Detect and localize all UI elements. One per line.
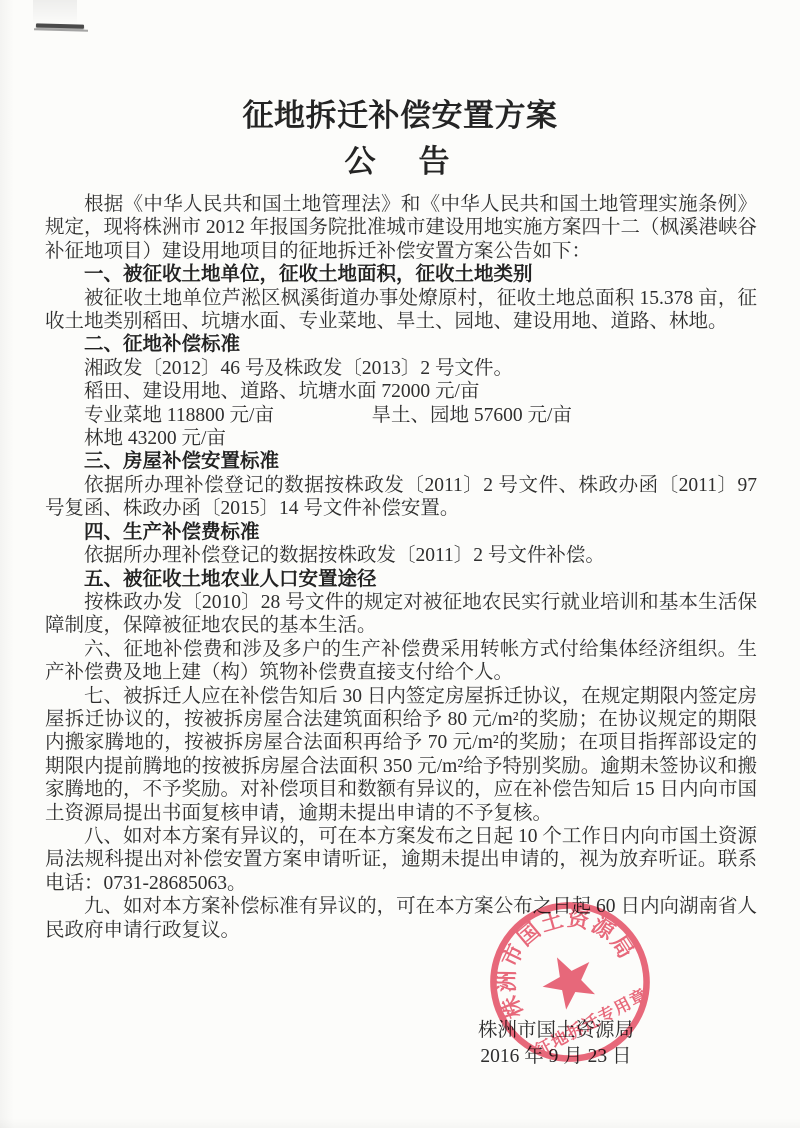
signature-block: 株洲市国土资源局 2016 年 9 月 23 日 — [478, 1018, 634, 1070]
signature-date: 2016 年 9 月 23 日 — [478, 1044, 634, 1070]
section-6-paragraph: 六、征地补偿费和涉及多户的生产补偿费采用转帐方式付给集体经济组织。生产补偿费及地… — [45, 638, 757, 685]
star-icon — [534, 945, 604, 1014]
section-9-paragraph: 九、如对本方案补偿标准有异议的，可在本方案公布之日起 60 日内向湖南省人民政府… — [45, 895, 757, 942]
section-3-heading: 三、房屋补偿安置标准 — [45, 450, 757, 473]
section-1-heading: 一、被征收土地单位，征收土地面积，征收土地类别 — [45, 263, 757, 286]
scan-artifact-fold — [33, 0, 77, 24]
signature-agency: 株洲市国土资源局 — [478, 1018, 634, 1044]
document-body: 根据《中华人民共和国土地管理法》和《中华人民共和国土地管理实施条例》规定，现将株… — [45, 193, 757, 942]
section-4-body: 依据所办理补偿登记的数据按株政发〔2011〕2 号文件补偿。 — [45, 544, 757, 567]
section-1-body: 被征收土地单位芦淞区枫溪街道办事处燎原村，征收土地总面积 15.378 亩，征收… — [45, 287, 757, 334]
section-2-rate-paddy: 稻田、建设用地、道路、坑塘水面 72000 元/亩 — [45, 380, 757, 403]
section-7-paragraph: 七、被拆迁人应在补偿告知后 30 日内签定房屋拆迁协议，在规定期限内签定房屋拆迁… — [45, 685, 757, 825]
section-5-heading: 五、被征收土地农业人口安置途径 — [45, 568, 757, 591]
section-2-rate-vegetable: 专业菜地 118800 元/亩 旱土、园地 57600 元/亩 — [45, 404, 757, 427]
section-2-documents: 湘政发〔2012〕46 号及株政发〔2013〕2 号文件。 — [45, 357, 757, 380]
document-subtitle: 公 告 — [0, 136, 800, 181]
document-title: 征地拆迁补偿安置方案 — [0, 90, 800, 135]
scan-artifact-mark-shadow — [34, 28, 88, 32]
section-2-heading: 二、征地补偿标准 — [45, 333, 757, 356]
paragraph-intro: 根据《中华人民共和国土地管理法》和《中华人民共和国土地管理实施条例》规定，现将株… — [45, 193, 757, 263]
section-5-body: 按株政办发〔2010〕28 号文件的规定对被征地农民实行就业培训和基本生活保障制… — [45, 591, 757, 638]
section-8-paragraph: 八、如对本方案有异议的，可在本方案发布之日起 10 个工作日内向市国土资源局法规… — [45, 825, 757, 895]
scanned-document-page: 征地拆迁补偿安置方案 公 告 根据《中华人民共和国土地管理法》和《中华人民共和国… — [0, 0, 800, 1128]
section-3-body: 依据所办理补偿登记的数据按株政发〔2011〕2 号文件、株政办函〔2011〕97… — [45, 474, 757, 521]
section-2-rate-forest: 林地 43200 元/亩 — [45, 427, 757, 450]
section-4-heading: 四、生产补偿费标准 — [45, 521, 757, 544]
